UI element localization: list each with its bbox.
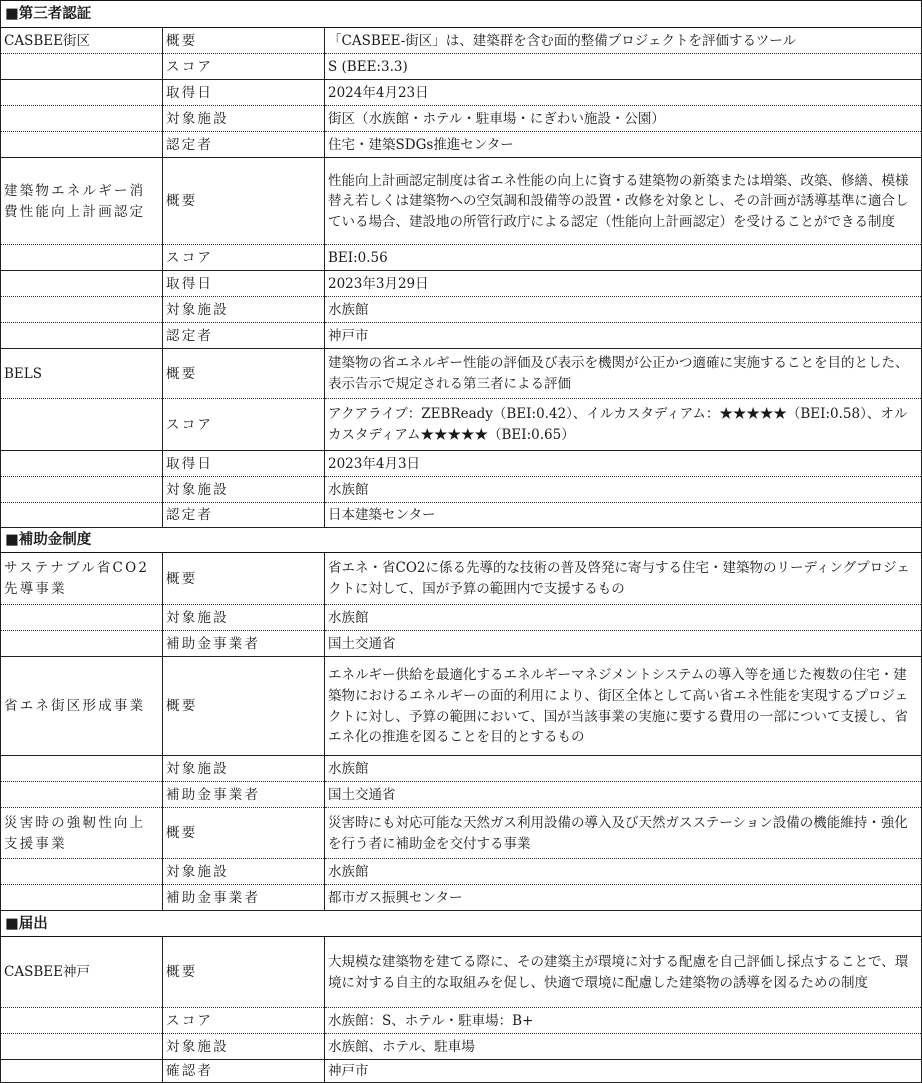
row-value: 災害時にも対応可能な天然ガス利用設備の導入及び天然ガスステーション設備の機能維持… xyxy=(325,808,922,859)
section-title: ■第三者認証 xyxy=(1,1,922,28)
row-value: 国土交通省 xyxy=(325,631,922,657)
row-value: 水族館、ホテル、駐車場 xyxy=(325,1034,922,1060)
row-label: 補助金事業者 xyxy=(163,782,325,808)
table-row: BELS 概要 建築物の省エネルギー性能の評価及び表示を機関が公正かつ適確に実施… xyxy=(1,349,922,399)
section-header-third-party-certification: ■第三者認証 xyxy=(1,1,922,28)
table-row: スコア 水族館：S、ホテル・駐車場：B+ xyxy=(1,1008,922,1034)
section-title: ■補助金制度 xyxy=(1,528,922,553)
row-label: 認定者 xyxy=(163,132,325,158)
table-row: 確認者 神戸市 xyxy=(1,1060,922,1081)
item-name-empty xyxy=(1,631,163,657)
item-name-empty xyxy=(1,1060,163,1081)
row-label: 対象施設 xyxy=(163,859,325,885)
table-row: 取得日 2023年3月29日 xyxy=(1,271,922,297)
item-name-empty xyxy=(1,1008,163,1034)
item-name-empty xyxy=(1,1034,163,1060)
row-value: 2024年4月23日 xyxy=(325,80,922,106)
section-header-notification: ■届出 xyxy=(1,911,922,937)
item-name: CASBEE神戸 xyxy=(1,937,163,1008)
item-name-empty xyxy=(1,245,163,271)
table-row: 対象施設 水族館、ホテル、駐車場 xyxy=(1,1034,922,1060)
item-name-empty xyxy=(1,503,163,528)
row-label: 取得日 xyxy=(163,451,325,477)
row-value: 省エネ・省CO2に係る先導的な技術の普及啓発に寄与する住宅・建築物のリーディング… xyxy=(325,553,922,605)
item-name-empty xyxy=(1,477,163,503)
row-label: 対象施設 xyxy=(163,297,325,323)
row-label: 認定者 xyxy=(163,323,325,349)
table-row: 認定者 神戸市 xyxy=(1,323,922,349)
table-row: 取得日 2023年4月3日 xyxy=(1,451,922,477)
row-value: 都市ガス振興センター xyxy=(325,885,922,911)
row-label: 対象施設 xyxy=(163,1034,325,1060)
row-value: 街区（水族館・ホテル・駐車場・にぎわい施設・公園） xyxy=(325,106,922,132)
row-value: 水族館 xyxy=(325,859,922,885)
row-value: S (BEE:3.3) xyxy=(325,54,922,80)
row-value: アクアライブ：ZEBReady（BEI:0.42）、イルカスタディアム：★★★★… xyxy=(325,399,922,451)
certification-table: ■第三者認証 CASBEE街区 概要 「CASBEE-街区」は、建築群を含む面的… xyxy=(0,0,922,1080)
row-value: 神戸市 xyxy=(325,1060,922,1081)
section-title: ■届出 xyxy=(1,911,922,937)
table-row: 対象施設 水族館 xyxy=(1,297,922,323)
item-name-empty xyxy=(1,885,163,911)
section-header-subsidy: ■補助金制度 xyxy=(1,528,922,553)
row-value: 建築物の省エネルギー性能の評価及び表示を機関が公正かつ適確に実施することを目的と… xyxy=(325,349,922,399)
row-label: 対象施設 xyxy=(163,106,325,132)
row-value: 日本建築センター xyxy=(325,503,922,528)
item-name-empty xyxy=(1,451,163,477)
item-name: 建築物エネルギー消費性能向上計画認定 xyxy=(1,158,163,245)
row-value: エネルギー供給を最適化するエネルギーマネジメントシステムの導入等を通じた複数の住… xyxy=(325,657,922,756)
row-value: 水族館 xyxy=(325,297,922,323)
table-row: CASBEE街区 概要 「CASBEE-街区」は、建築群を含む面的整備プロジェク… xyxy=(1,28,922,54)
row-label: スコア xyxy=(163,1008,325,1034)
table-row: 対象施設 水族館 xyxy=(1,605,922,631)
row-label: 概要 xyxy=(163,937,325,1008)
table-row: 取得日 2024年4月23日 xyxy=(1,80,922,106)
row-value: 水族館：S、ホテル・駐車場：B+ xyxy=(325,1008,922,1034)
table-row: 補助金事業者 都市ガス振興センター xyxy=(1,885,922,911)
table-row: 対象施設 水族館 xyxy=(1,859,922,885)
row-value: 「CASBEE-街区」は、建築群を含む面的整備プロジェクトを評価するツール xyxy=(325,28,922,54)
row-value: 2023年4月3日 xyxy=(325,451,922,477)
row-value: BEI:0.56 xyxy=(325,245,922,271)
row-label: 概要 xyxy=(163,349,325,399)
item-name-empty xyxy=(1,271,163,297)
table-row: CASBEE神戸 概要 大規模な建築物を建てる際に、その建築主が環境に対する配慮… xyxy=(1,937,922,1008)
row-label: 概要 xyxy=(163,158,325,245)
row-value: 水族館 xyxy=(325,756,922,782)
table-row: 補助金事業者 国土交通省 xyxy=(1,782,922,808)
table-row: サステナブル省CO2先導事業 概要 省エネ・省CO2に係る先導的な技術の普及啓発… xyxy=(1,553,922,605)
item-name: CASBEE街区 xyxy=(1,28,163,54)
row-label: スコア xyxy=(163,399,325,451)
row-value: 2023年3月29日 xyxy=(325,271,922,297)
item-name-empty xyxy=(1,782,163,808)
row-label: 取得日 xyxy=(163,271,325,297)
item-name-empty xyxy=(1,297,163,323)
table-row: 対象施設 水族館 xyxy=(1,477,922,503)
table-row: 認定者 住宅・建築SDGs推進センター xyxy=(1,132,922,158)
row-value: 神戸市 xyxy=(325,323,922,349)
item-name-empty xyxy=(1,323,163,349)
row-label: 確認者 xyxy=(163,1060,325,1081)
row-label: 取得日 xyxy=(163,80,325,106)
row-label: 概要 xyxy=(163,808,325,859)
row-value: 水族館 xyxy=(325,605,922,631)
row-label: 認定者 xyxy=(163,503,325,528)
table-row: 対象施設 街区（水族館・ホテル・駐車場・にぎわい施設・公園） xyxy=(1,106,922,132)
row-label: 補助金事業者 xyxy=(163,631,325,657)
row-label: 対象施設 xyxy=(163,477,325,503)
item-name: 省エネ街区形成事業 xyxy=(1,657,163,756)
table-row: 補助金事業者 国土交通省 xyxy=(1,631,922,657)
table-row: 災害時の強靭性向上支援事業 概要 災害時にも対応可能な天然ガス利用設備の導入及び… xyxy=(1,808,922,859)
item-name-empty xyxy=(1,859,163,885)
table-row: スコア アクアライブ：ZEBReady（BEI:0.42）、イルカスタディアム：… xyxy=(1,399,922,451)
row-value: 性能向上計画認定制度は省エネ性能の向上に資する建築物の新築または増築、改築、修繕… xyxy=(325,158,922,245)
table-row: 建築物エネルギー消費性能向上計画認定 概要 性能向上計画認定制度は省エネ性能の向… xyxy=(1,158,922,245)
item-name-empty xyxy=(1,54,163,80)
item-name: サステナブル省CO2先導事業 xyxy=(1,553,163,605)
item-name-empty xyxy=(1,106,163,132)
row-label: 概要 xyxy=(163,28,325,54)
row-label: 概要 xyxy=(163,657,325,756)
row-label: スコア xyxy=(163,54,325,80)
item-name: 災害時の強靭性向上支援事業 xyxy=(1,808,163,859)
row-label: 補助金事業者 xyxy=(163,885,325,911)
row-value: 水族館 xyxy=(325,477,922,503)
item-name-empty xyxy=(1,756,163,782)
item-name-empty xyxy=(1,399,163,451)
row-value: 国土交通省 xyxy=(325,782,922,808)
table-row: スコア BEI:0.56 xyxy=(1,245,922,271)
table-row: スコア S (BEE:3.3) xyxy=(1,54,922,80)
table-row: 省エネ街区形成事業 概要 エネルギー供給を最適化するエネルギーマネジメントシステ… xyxy=(1,657,922,756)
row-label: スコア xyxy=(163,245,325,271)
item-name-empty xyxy=(1,605,163,631)
item-name-empty xyxy=(1,132,163,158)
row-label: 対象施設 xyxy=(163,756,325,782)
row-value: 大規模な建築物を建てる際に、その建築主が環境に対する配慮を自己評価し採点すること… xyxy=(325,937,922,1008)
row-label: 概要 xyxy=(163,553,325,605)
item-name-empty xyxy=(1,80,163,106)
row-value: 住宅・建築SDGs推進センター xyxy=(325,132,922,158)
table-row: 認定者 日本建築センター xyxy=(1,503,922,528)
item-name: BELS xyxy=(1,349,163,399)
table-row: 対象施設 水族館 xyxy=(1,756,922,782)
row-label: 対象施設 xyxy=(163,605,325,631)
